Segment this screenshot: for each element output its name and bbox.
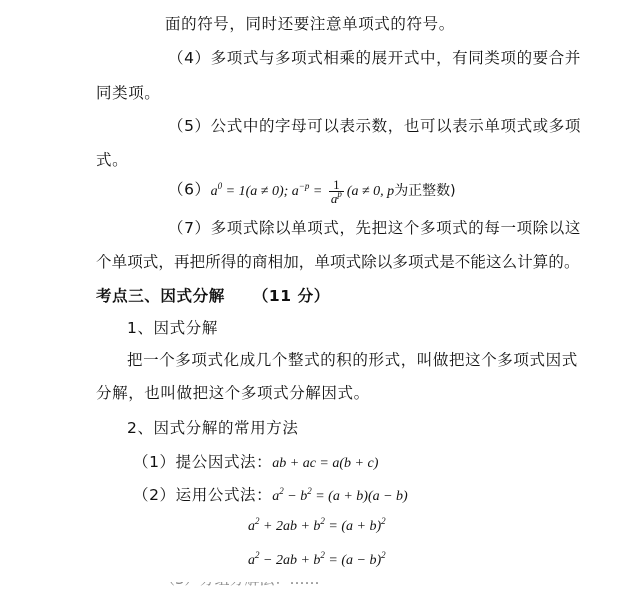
- subsection-title-1: 1、因式分解: [127, 318, 218, 338]
- text-line: 个单项式，再把所得的商相加，单项式除以多项式是不能这么计算的。: [96, 252, 580, 272]
- list-item-6: （6）a0 = 1(a ≠ 0); a−p = 1ap(a ≠ 0, p为正整数…: [168, 178, 456, 205]
- method-2: （2）运用公式法：a2 − b2 = (a + b)(a − b): [133, 485, 408, 507]
- perfect-square-minus-formula: a2 − 2ab + b2 = (a − b)2: [248, 551, 386, 571]
- list-item-4: （4）多项式与多项式相乘的展开式中，有同类项的要合并: [168, 48, 581, 68]
- subsection-title-2: 2、因式分解的常用方法: [127, 418, 298, 438]
- text-line: 面的符号，同时还要注意单项式的符号。: [165, 14, 455, 34]
- method-label: （2）运用公式法：: [133, 486, 272, 504]
- score-badge: （11 分）: [253, 287, 330, 305]
- method-label: （1）提公因式法：: [133, 453, 272, 471]
- item-label: （6）: [168, 181, 211, 199]
- perfect-square-plus-formula: a2 + 2ab + b2 = (a + b)2: [248, 517, 386, 537]
- fraction: 1ap: [329, 178, 344, 205]
- cut-off-line: （3）分组分解法：……: [160, 582, 560, 589]
- method-1: （1）提公因式法：ab + ac = a(b + c): [133, 452, 378, 474]
- exponent-formula: a0 = 1(a ≠ 0); a−p = 1ap(a ≠ 0, p为正整数): [211, 184, 456, 199]
- difference-of-squares-formula: a2 − b2 = (a + b)(a − b): [272, 489, 407, 504]
- section-heading: 考点三、因式分解（11 分）: [96, 286, 330, 306]
- definition-paragraph: 把一个多项式化成几个整式的积的形式，叫做把这个多项式因式: [127, 350, 578, 370]
- common-factor-formula: ab + ac = a(b + c): [272, 456, 378, 471]
- text-line: 同类项。: [96, 83, 160, 103]
- text-line: 式。: [96, 150, 128, 170]
- text-line: 分解，也叫做把这个多项式分解因式。: [96, 383, 370, 403]
- list-item-7: （7）多项式除以单项式，先把这个多项式的每一项除以这: [168, 218, 581, 238]
- list-item-5: （5）公式中的字母可以表示数，也可以表示单项式或多项: [168, 116, 581, 136]
